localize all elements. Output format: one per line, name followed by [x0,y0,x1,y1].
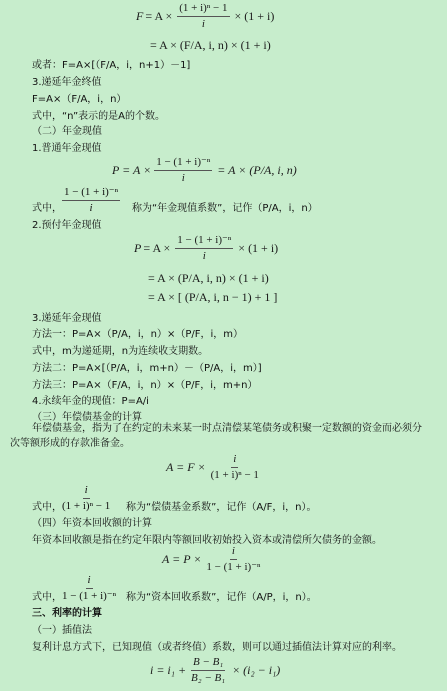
denominator: i [180,171,187,185]
denominator: i [201,249,208,263]
denominator: 1 − (1 + i)⁻ⁿ [204,560,262,574]
text-method2: 方法二：P=A×[（P/A，i，m+n）－（P/A，i，m）] [32,362,262,376]
eq: = A × [145,9,172,24]
fraction: i (1 + i)ⁿ − 1 [209,453,261,482]
numerator: B − B₁ [191,656,225,671]
numerator: 1 − (1 + i)⁻ⁿ [175,234,233,249]
tail: = A × (P/A, i, n) [217,163,296,178]
numerator: (1 + i)ⁿ − 1 [177,2,229,17]
tail: × (1 + i) [235,9,275,24]
text-sinking-coefficient: 式中，称为“偿债基金系数”，记作（A/F，i，n）。 [32,501,316,515]
formula-due-pv-line1: P = A × 1 − (1 + i)⁻ⁿ i × (1 + i) [134,234,280,263]
expr: = A × (F/A, i, n) × (1 + i) [150,38,271,53]
formula-annuity-due-fv-line1: F = A × (1 + i)ⁿ − 1 i × (1 + i) [136,2,276,31]
formula-ordinary-pv: P = A × 1 − (1 + i)⁻ⁿ i = A × (P/A, i, n… [112,156,299,185]
lhs: A = F × [166,460,206,475]
heading-pv: （二）年金现值 [32,125,102,139]
suffix: 称为“资本回收系数”，记作（A/P，i，n）。 [126,592,317,603]
formula-due-pv-line3: = A × [ (P/A, i, n − 1) + 1 ] [148,290,277,305]
text-interpolation-definition: 复利计息方式下，已知现值（或者终值）系数，则可以通过插值法计算对应的利率。 [32,641,402,655]
eq: = A × [143,241,170,256]
tail: × (i₂ − i₁) [232,663,280,678]
text-deferred-fv-note: 式中，“n”表示的是A的个数。 [32,110,165,124]
formula-annuity-due-fv-line2: = A × (F/A, i, n) × (1 + i) [150,38,271,53]
numerator: i [83,484,90,499]
fraction: B − B₁ B₂ − B₁ [189,656,227,685]
text-sinking-definition: 年偿债基金，指为了在约定的未来某一时点清偿某笔债务或积聚一定数额的资金而必须分次… [10,421,430,451]
text-or: 或者：F=A×[（F/A，i，n+1）－1] [32,59,190,73]
heading-interpolation: （一）插值法 [32,624,92,638]
formula-due-pv-line2: = A × (P/A, i, n) × (1 + i) [148,271,269,286]
numerator: 1 − (1 + i)⁻ⁿ [62,186,120,201]
lhs: F [136,9,143,24]
numerator: i [86,574,93,589]
text-perpetuity: 4.永续年金的现值：P=A/i [32,395,149,409]
numerator: i [230,545,237,560]
heading-interest-rate: 三、利率的计算 [32,607,102,621]
text-method3: 方法三：P=A×（F/A，i，n）×（P/F，i，m+n） [32,379,257,393]
fraction: i 1 − (1 + i)⁻ⁿ [204,545,262,574]
lhs: P [134,241,141,256]
prefix: 式中， [32,592,62,603]
expr: = A × [ (P/A, i, n − 1) + 1 ] [148,290,277,305]
lhs: P = A × [112,163,151,178]
prefix: 式中， [32,502,62,513]
heading-ordinary-pv: 1.普通年金现值 [32,142,102,156]
text-method1-note: 式中，m为递延期，n为连续收支期数。 [32,345,208,359]
fraction: 1 − (1 + i)⁻ⁿ i [154,156,212,185]
expr: = A × (P/A, i, n) × (1 + i) [148,271,269,286]
text-method1: 方法一：P=A×（P/A，i，n）×（P/F，i，m） [32,328,243,342]
formula-sinking-fund: A = F × i (1 + i)ⁿ − 1 [166,453,264,482]
prefix: 式中， [32,203,62,214]
suffix: 称为“年金现值系数”，记作（P/A，i，n） [132,203,318,214]
heading-due-pv: 2.预付年金现值 [32,219,102,233]
heading-deferred-pv: 3.递延年金现值 [32,312,102,326]
denominator: (1 + i)ⁿ − 1 [209,468,261,482]
lhs: A = P × [162,552,201,567]
fraction: 1 − (1 + i)⁻ⁿ i [175,234,233,263]
fraction: (1 + i)ⁿ − 1 i [177,2,229,31]
lhs: i = i₁ + [150,663,186,678]
heading-capital-recovery: （四）年资本回收额的计算 [32,517,152,531]
text-deferred-fv: F=A×（F/A，i，n） [32,93,126,107]
text-pv-coefficient: 式中，称为“年金现值系数”，记作（P/A，i，n） [32,202,318,216]
heading-deferred-fv: 3.递延年金终值 [32,76,102,90]
tail: × (1 + i) [238,241,278,256]
numerator: 1 − (1 + i)⁻ⁿ [154,156,212,171]
denominator: i [200,17,207,31]
formula-interpolation: i = i₁ + B − B₁ B₂ − B₁ × (i₂ − i₁) [150,656,282,685]
suffix: 称为“偿债基金系数”，记作（A/F，i，n）。 [126,502,316,513]
formula-capital-recovery: A = P × i 1 − (1 + i)⁻ⁿ [162,545,265,574]
numerator: i [231,453,238,468]
denominator: B₂ − B₁ [189,671,227,685]
text-recovery-coefficient: 式中，称为“资本回收系数”，记作（A/P，i，n）。 [32,591,317,605]
